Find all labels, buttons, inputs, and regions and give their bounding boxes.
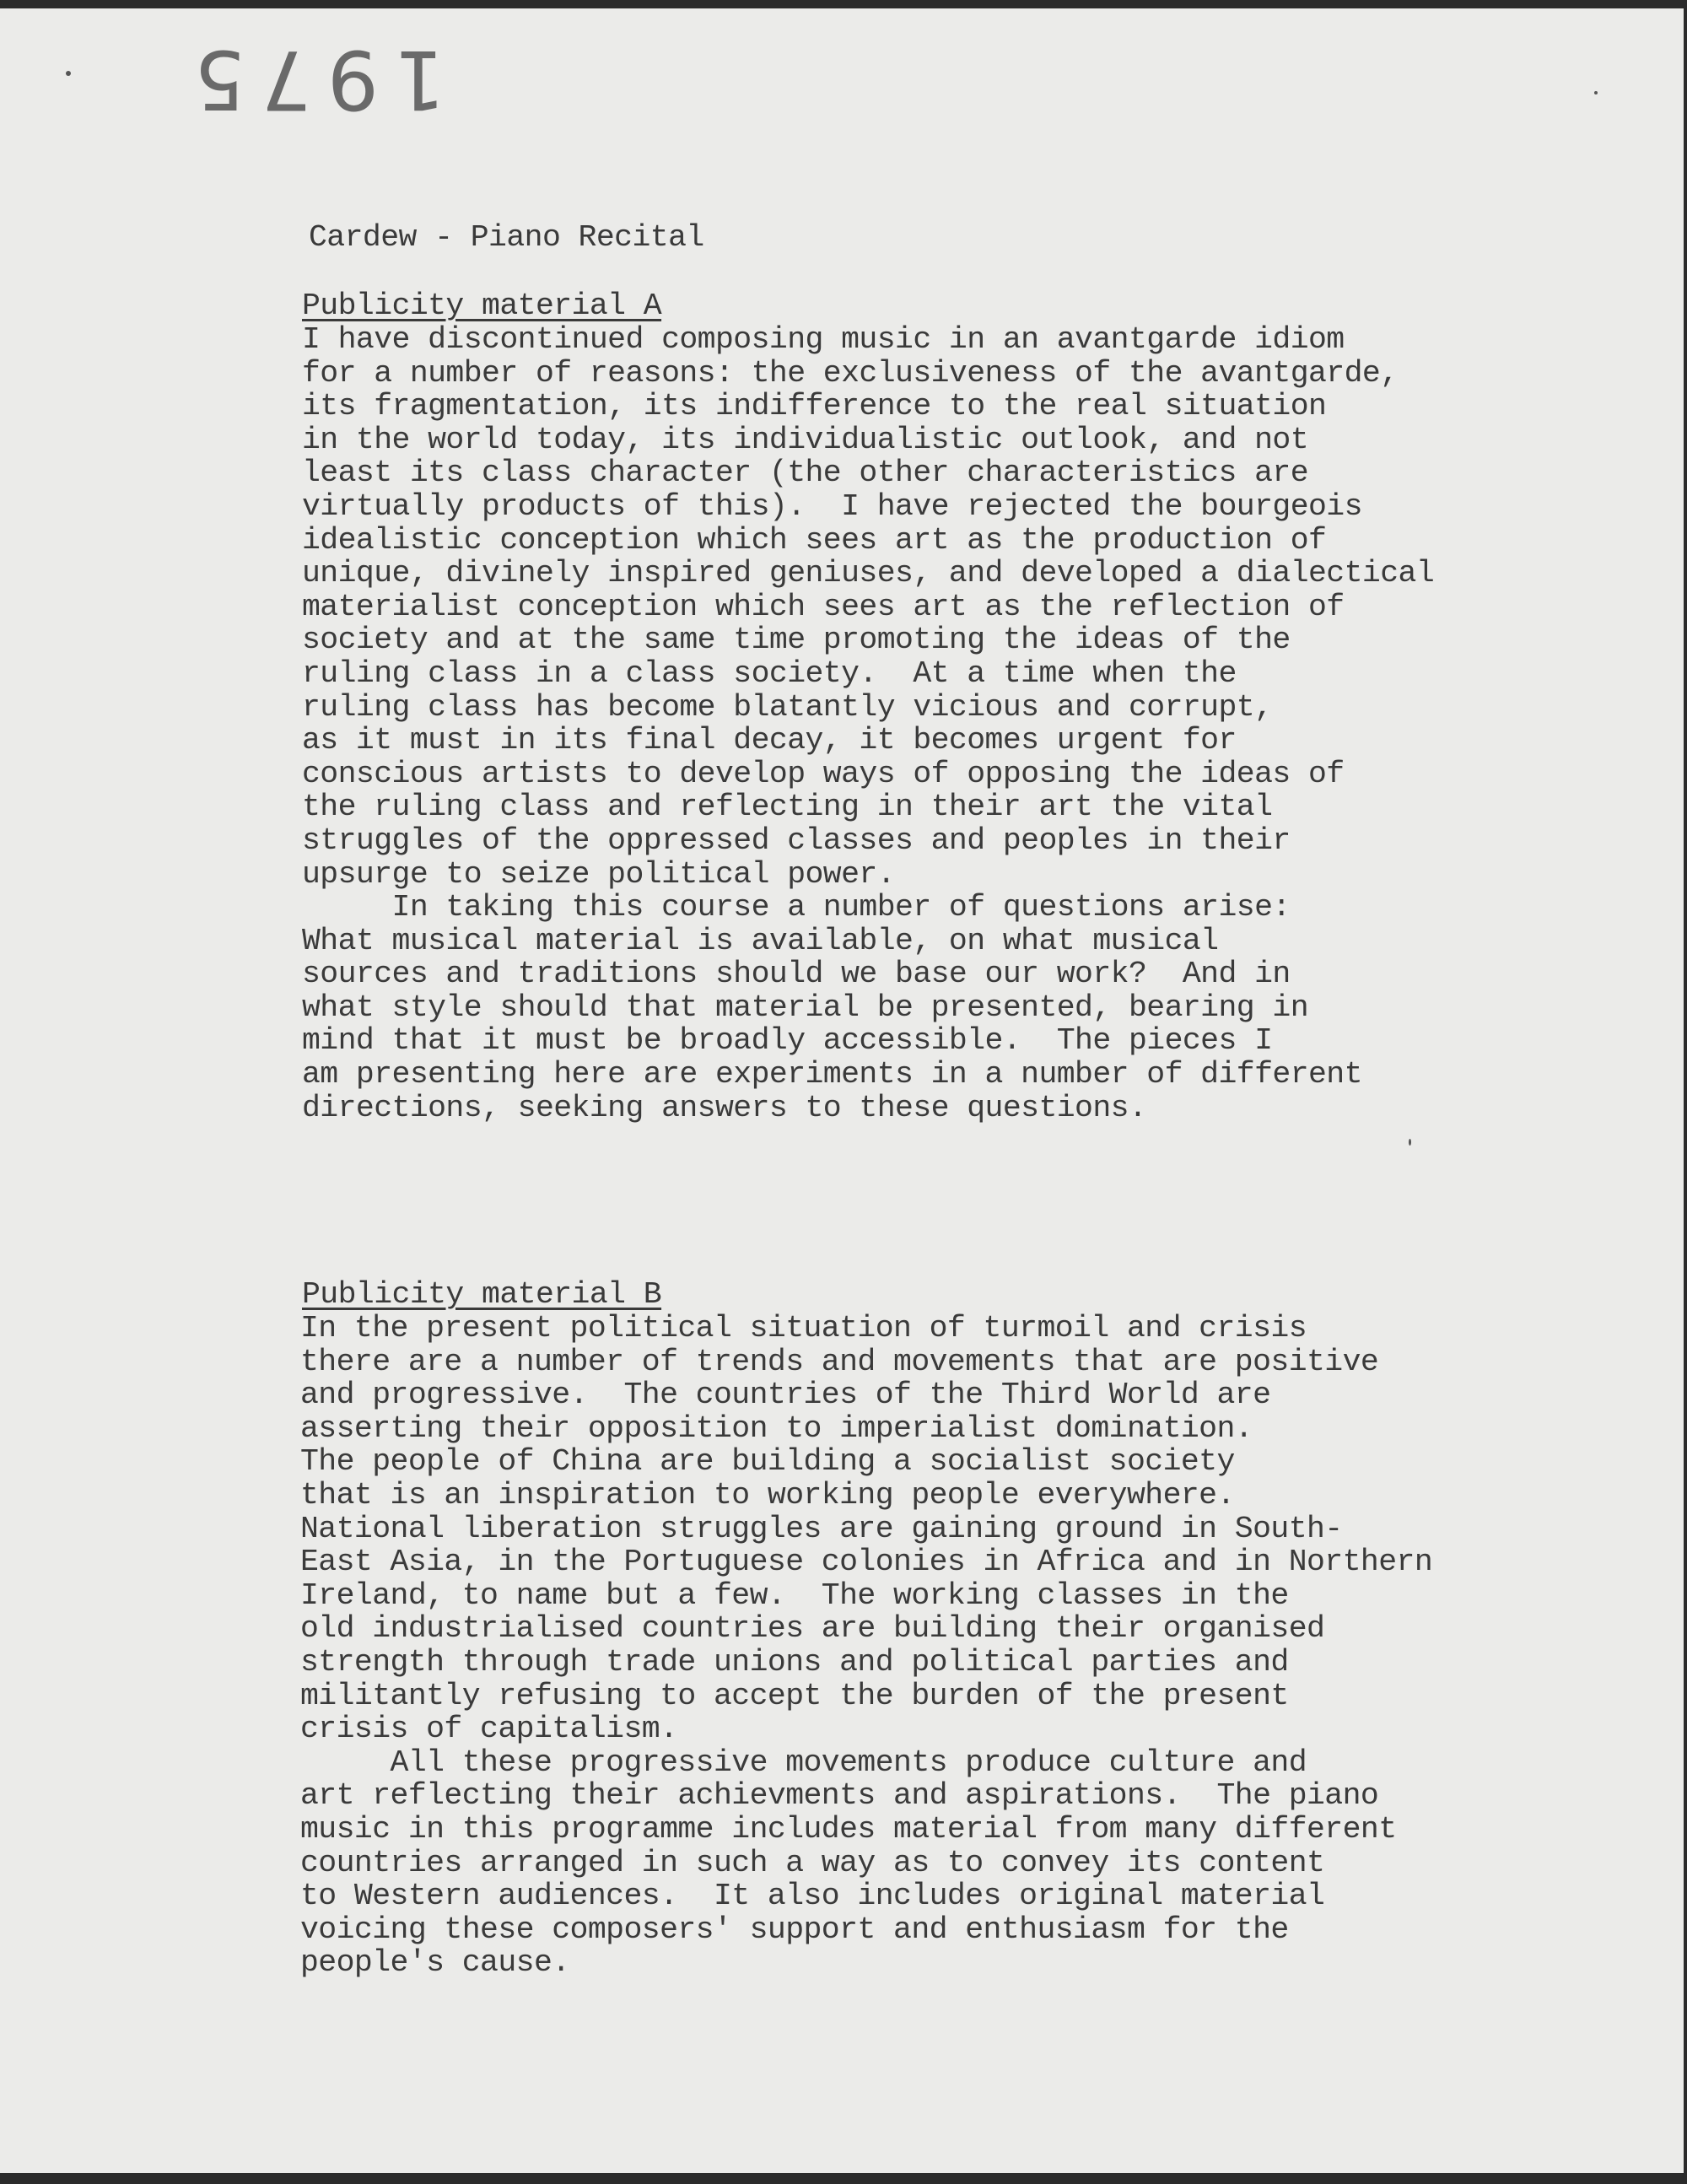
scan-speck bbox=[66, 71, 71, 76]
scanned-page: 1975 Cardew - Piano Recital Publicity ma… bbox=[0, 8, 1684, 2173]
scan-speck bbox=[1409, 1139, 1411, 1146]
scan-speck bbox=[1594, 91, 1598, 94]
section-a-heading: Publicity material A bbox=[302, 289, 661, 323]
section-a-body: I have discontinued composing music in a… bbox=[302, 323, 1434, 1124]
section-b-heading: Publicity material B bbox=[302, 1278, 661, 1312]
document-title: Cardew - Piano Recital bbox=[309, 221, 704, 255]
handwritten-year: 1975 bbox=[192, 32, 445, 127]
section-b-body: In the present political situation of tu… bbox=[300, 1312, 1432, 1980]
